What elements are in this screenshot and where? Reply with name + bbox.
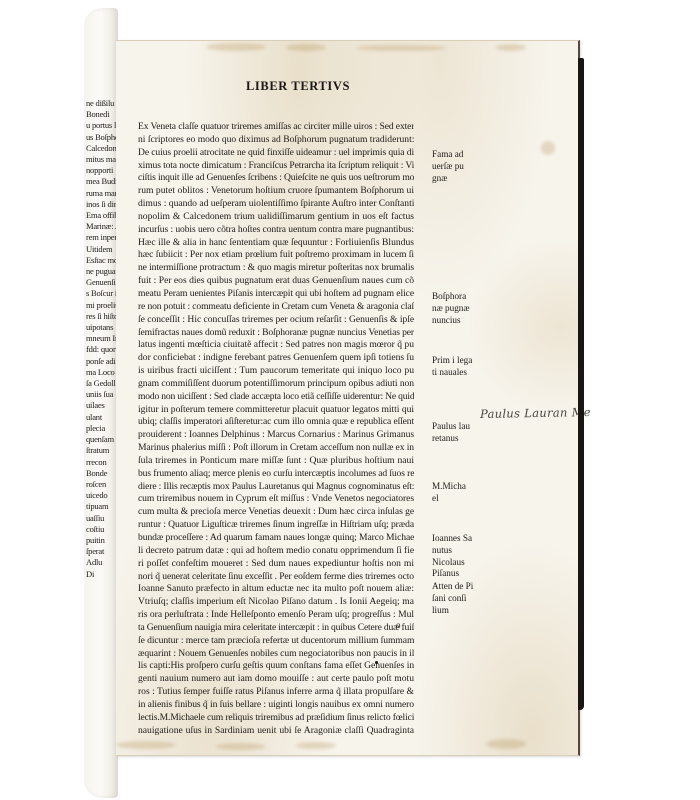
facing-text-fragment: ſperat (86, 546, 116, 557)
facing-text-fragment: Adlu (86, 557, 116, 568)
facing-text-fragment: ponſe adi (86, 356, 116, 367)
facing-text-fragment: ulant (86, 412, 116, 423)
facing-text-fragment: puitin (86, 535, 116, 546)
margin-note: Paulus lauretanus (432, 421, 494, 445)
text-line: ſemifractas naues domũ reduxit : Boſphor… (138, 327, 414, 340)
text-line: Ex Veneta claſſe quatuor triremes amiſſa… (138, 121, 414, 134)
text-line: gnam commiſiſſent duorum potentiſſimorum… (138, 378, 414, 391)
handwritten-annotation: Paulus Lauran Me (480, 405, 591, 421)
facing-text-fragment: Calcedon (86, 143, 116, 154)
text-line: ne intermiſſione protractum : & quo magi… (138, 262, 414, 275)
text-line: genti nauium numero aut iam domo mouiſſe… (138, 673, 414, 686)
facing-text-fragment: s Boſcur ſa (86, 288, 116, 299)
facing-text-fragment: ma Loco (86, 367, 116, 378)
text-line: lectis.M.Michaele cum reliquis triremibu… (138, 712, 414, 725)
text-line: ni ſcriptores eo modo quo diximus ad Boſ… (138, 134, 414, 147)
margin-note: Ioannes SanutusNicolausPiſanus (432, 533, 494, 580)
margin-note: Atten de Piſani conſilium (432, 581, 494, 616)
text-line: ciſtis inquit ille ad Genuenſes ſcribens… (138, 172, 414, 185)
facing-text-fragment: uipotans (86, 322, 116, 333)
foxing-stain (296, 742, 336, 749)
text-line: dimus : quando ad ueſperam uiolentiſſimo… (138, 198, 414, 211)
text-line: ubiq; claſſis imperatori aſiſteretur:ac … (138, 416, 414, 429)
text-line: nauigatione uſus in Sardiniam uenit ubi … (138, 725, 414, 738)
text-line: Ioanne Sanuto præfecto in altum eductæ n… (138, 583, 414, 596)
text-line: incurſus : uobis uero cõtra hoſtes contr… (138, 224, 414, 237)
facing-text-fragment: Di (86, 569, 116, 580)
foxing-stain (286, 44, 326, 51)
foxing-stain (486, 739, 526, 749)
facing-text-fragment: ſa Gedoll (86, 378, 116, 389)
margin-note-line: Piſanus (432, 568, 494, 580)
facing-text-fragment: Marinæ: A (86, 221, 116, 232)
facing-text-fragment: uicedo (86, 490, 116, 501)
margin-note-line: retanus (432, 433, 494, 445)
facing-text-fragment: u portus la (86, 120, 116, 131)
foxing-stain (496, 44, 526, 51)
margin-note-line: M.Micha (432, 481, 494, 493)
text-line: nopolim & Calcedonem trium ualidiſſimaru… (138, 211, 414, 224)
margin-note-line: Nicolaus (432, 557, 494, 569)
text-line: prouiderent : Ioannes Delphinus : Marcus… (138, 429, 414, 442)
margin-note-line: Paulus lau (432, 421, 494, 433)
text-line: in alienis finibus q̃ in ſuis bellare : … (138, 699, 414, 712)
book-page: LIBER TERTIVS Ex Veneta claſſe quatuor t… (116, 40, 580, 756)
foxing-stain (216, 743, 266, 750)
ink-dot (375, 661, 378, 664)
facing-text-fragment: inos ſi dimi (86, 199, 116, 210)
signature-mark: o (396, 620, 401, 630)
text-line: ximus tota nocte dimicatum : Franciſcus … (138, 160, 414, 173)
text-line: ſe conceſſit : Hic concuſſas triremes pe… (138, 314, 414, 327)
facing-text-fragment: mea Budipa (86, 176, 116, 187)
facing-text-fragment: quenſam (86, 434, 116, 445)
facing-text-fragment: Genuenſi (86, 277, 116, 288)
margin-note: Prim i legati nauales (432, 355, 494, 379)
margin-note-line: ti nauales (432, 367, 494, 379)
facing-text-fragment: rem inperat (86, 232, 116, 243)
margin-note-line: el (432, 493, 494, 505)
text-line: rum putet oblitos : Venetorum hoſtium cr… (138, 185, 414, 198)
foxing-stain (356, 45, 446, 51)
facing-text-fragment: uaſſiu (86, 513, 116, 524)
text-line: ris ora perluſtrata : Inde Helleſponto e… (138, 609, 414, 622)
margin-note-line: nuncius (432, 315, 494, 327)
facing-text-fragment: us Boſphorus (86, 132, 116, 143)
text-line: dor conficiebat : indigne ferebant patre… (138, 352, 414, 365)
margin-note-line: uerſæ pu (432, 161, 494, 173)
facing-text-fragment: ne dißilu (86, 98, 116, 109)
text-line: runtur : Quatuor Liguſticæ triremes ſinu… (138, 519, 414, 532)
text-line: bus frumento aliaq; merce plenis eo curſ… (138, 468, 414, 481)
facing-text-fragment: ſtratum (86, 445, 116, 456)
margin-note: Fama aduerſæ pugnæ (432, 149, 494, 184)
main-text-block: Ex Veneta claſſe quatuor triremes amiſſa… (138, 121, 414, 738)
margin-note-line: Ioannes Sa (432, 533, 494, 545)
text-line: bundæ proceſſere : Ad quarum famam naues… (138, 532, 414, 545)
text-line: nori q̃ uenerat celeritate ſinu exceſſit… (138, 571, 414, 584)
text-line: latus ingenti mœſticia ciuitatẽ affecit … (138, 339, 414, 352)
text-line: cum triremibus nouem in Cyprum eſt miſſu… (138, 493, 414, 506)
foxing-stain (116, 741, 176, 749)
facing-text-fragment: mneum Iro (86, 333, 116, 344)
text-line: meatu Peram uenientes Piſanis intercæpit… (138, 288, 414, 301)
text-line: ta Genuenſium nauigia mira celeritate in… (138, 622, 414, 635)
text-line: lis capti:His proſpero curſu geſtis quum… (138, 660, 414, 673)
foxing-stain (206, 43, 266, 51)
facing-text-fragment: roſcen (86, 479, 116, 490)
margin-note-line: Boſphora (432, 291, 494, 303)
margin-note-line: Fama ad (432, 149, 494, 161)
facing-text-fragment: mi proelium (86, 300, 116, 311)
text-line: modo non uiciſſent : Sed clade accæpta l… (138, 391, 414, 404)
facing-text-fragment: ruma maris (86, 188, 116, 199)
facing-text-fragment: uilaes (86, 400, 116, 411)
text-line: ſula triremes in Ponticum mare miſſæ ſun… (138, 455, 414, 468)
facing-text-fragment: rrecon (86, 457, 116, 468)
facing-text-fragment: plecia (86, 423, 116, 434)
margin-note: M.Michael (432, 481, 494, 505)
text-line: Marinus phalerius miſſi : Poſt illorum i… (138, 442, 414, 455)
margin-note-line: gnæ (432, 173, 494, 185)
text-line: is uiribus fracti uiciſſent : Tum paucor… (138, 365, 414, 378)
text-line: De cuius proelii atrocitate ne quid finx… (138, 147, 414, 160)
text-line: ſe dicuntur : merce tam præcioſa refertæ… (138, 635, 414, 648)
text-line: fuit : Per eos dies quibus pugnatum erat… (138, 275, 414, 288)
facing-text-fragment: nopporti (86, 165, 116, 176)
margin-note-line: Atten de Pi (432, 581, 494, 593)
facing-text-fragment: Bonedi (86, 109, 116, 120)
text-line: cum multa & precioſa merce Venetias deue… (138, 506, 414, 519)
facing-text-fragment: Bonde (86, 468, 116, 479)
margin-note: Boſphoranæ pugnænuncius (432, 291, 494, 326)
facing-text-fragment: ne puguam (86, 266, 116, 277)
facing-text-fragment: res ſi hiſto (86, 311, 116, 322)
running-head: LIBER TERTIVS (246, 79, 350, 94)
text-line: igitur in poſterum temere committeretur … (138, 404, 414, 417)
text-line: Hæc ille & alia in hanc ſententiam quæ ſ… (138, 237, 414, 250)
text-line: ri poſſet confeſtim moueret : Sed dum na… (138, 558, 414, 571)
facing-text-fragment: uniis ſua (86, 389, 116, 400)
facing-page-edge: ne dißiluBonediu portus laus BoſphorusCa… (84, 8, 118, 798)
facing-text-fragment: Ema offibus (86, 210, 116, 221)
text-line: diere : Illis recæptis mox Paulus Lauret… (138, 481, 414, 494)
margin-note-line: næ pugnæ (432, 303, 494, 315)
text-line: Vtriuſq; claſſis imperium eſt Nicolao Pi… (138, 596, 414, 609)
binding-edge (578, 58, 584, 710)
margin-note-line: nutus (432, 545, 494, 557)
facing-text-fragment: coſtiu (86, 524, 116, 535)
facing-text-fragment: fdd: quoru (86, 344, 116, 355)
text-line: ros : Tutius ſemper fuiſſe ratus Piſanus… (138, 686, 414, 699)
margin-note-line: ſani conſi (432, 593, 494, 605)
facing-text-fragment: tipuam (86, 501, 116, 512)
text-line: hæc ſubiicit : Per nox etiam prœlium fui… (138, 249, 414, 262)
facing-text-fragment: Esſtac mon (86, 255, 116, 266)
margin-note-line: lium (432, 605, 494, 617)
facing-text-fragment: Uitidem (86, 244, 116, 255)
facing-page-text: ne dißiluBonediu portus laus BoſphorusCa… (86, 98, 116, 580)
foxing-stain (541, 141, 555, 155)
text-line: re non potuit : commeatu deficiente in C… (138, 301, 414, 314)
margin-note-line: Prim i lega (432, 355, 494, 367)
facing-text-fragment: mitus maris (86, 154, 116, 165)
text-line: li decreto patrum datæ : qui ad hoſtem m… (138, 545, 414, 558)
text-line: æquarint : Nouem Genuenſes nobiles cum n… (138, 648, 414, 661)
